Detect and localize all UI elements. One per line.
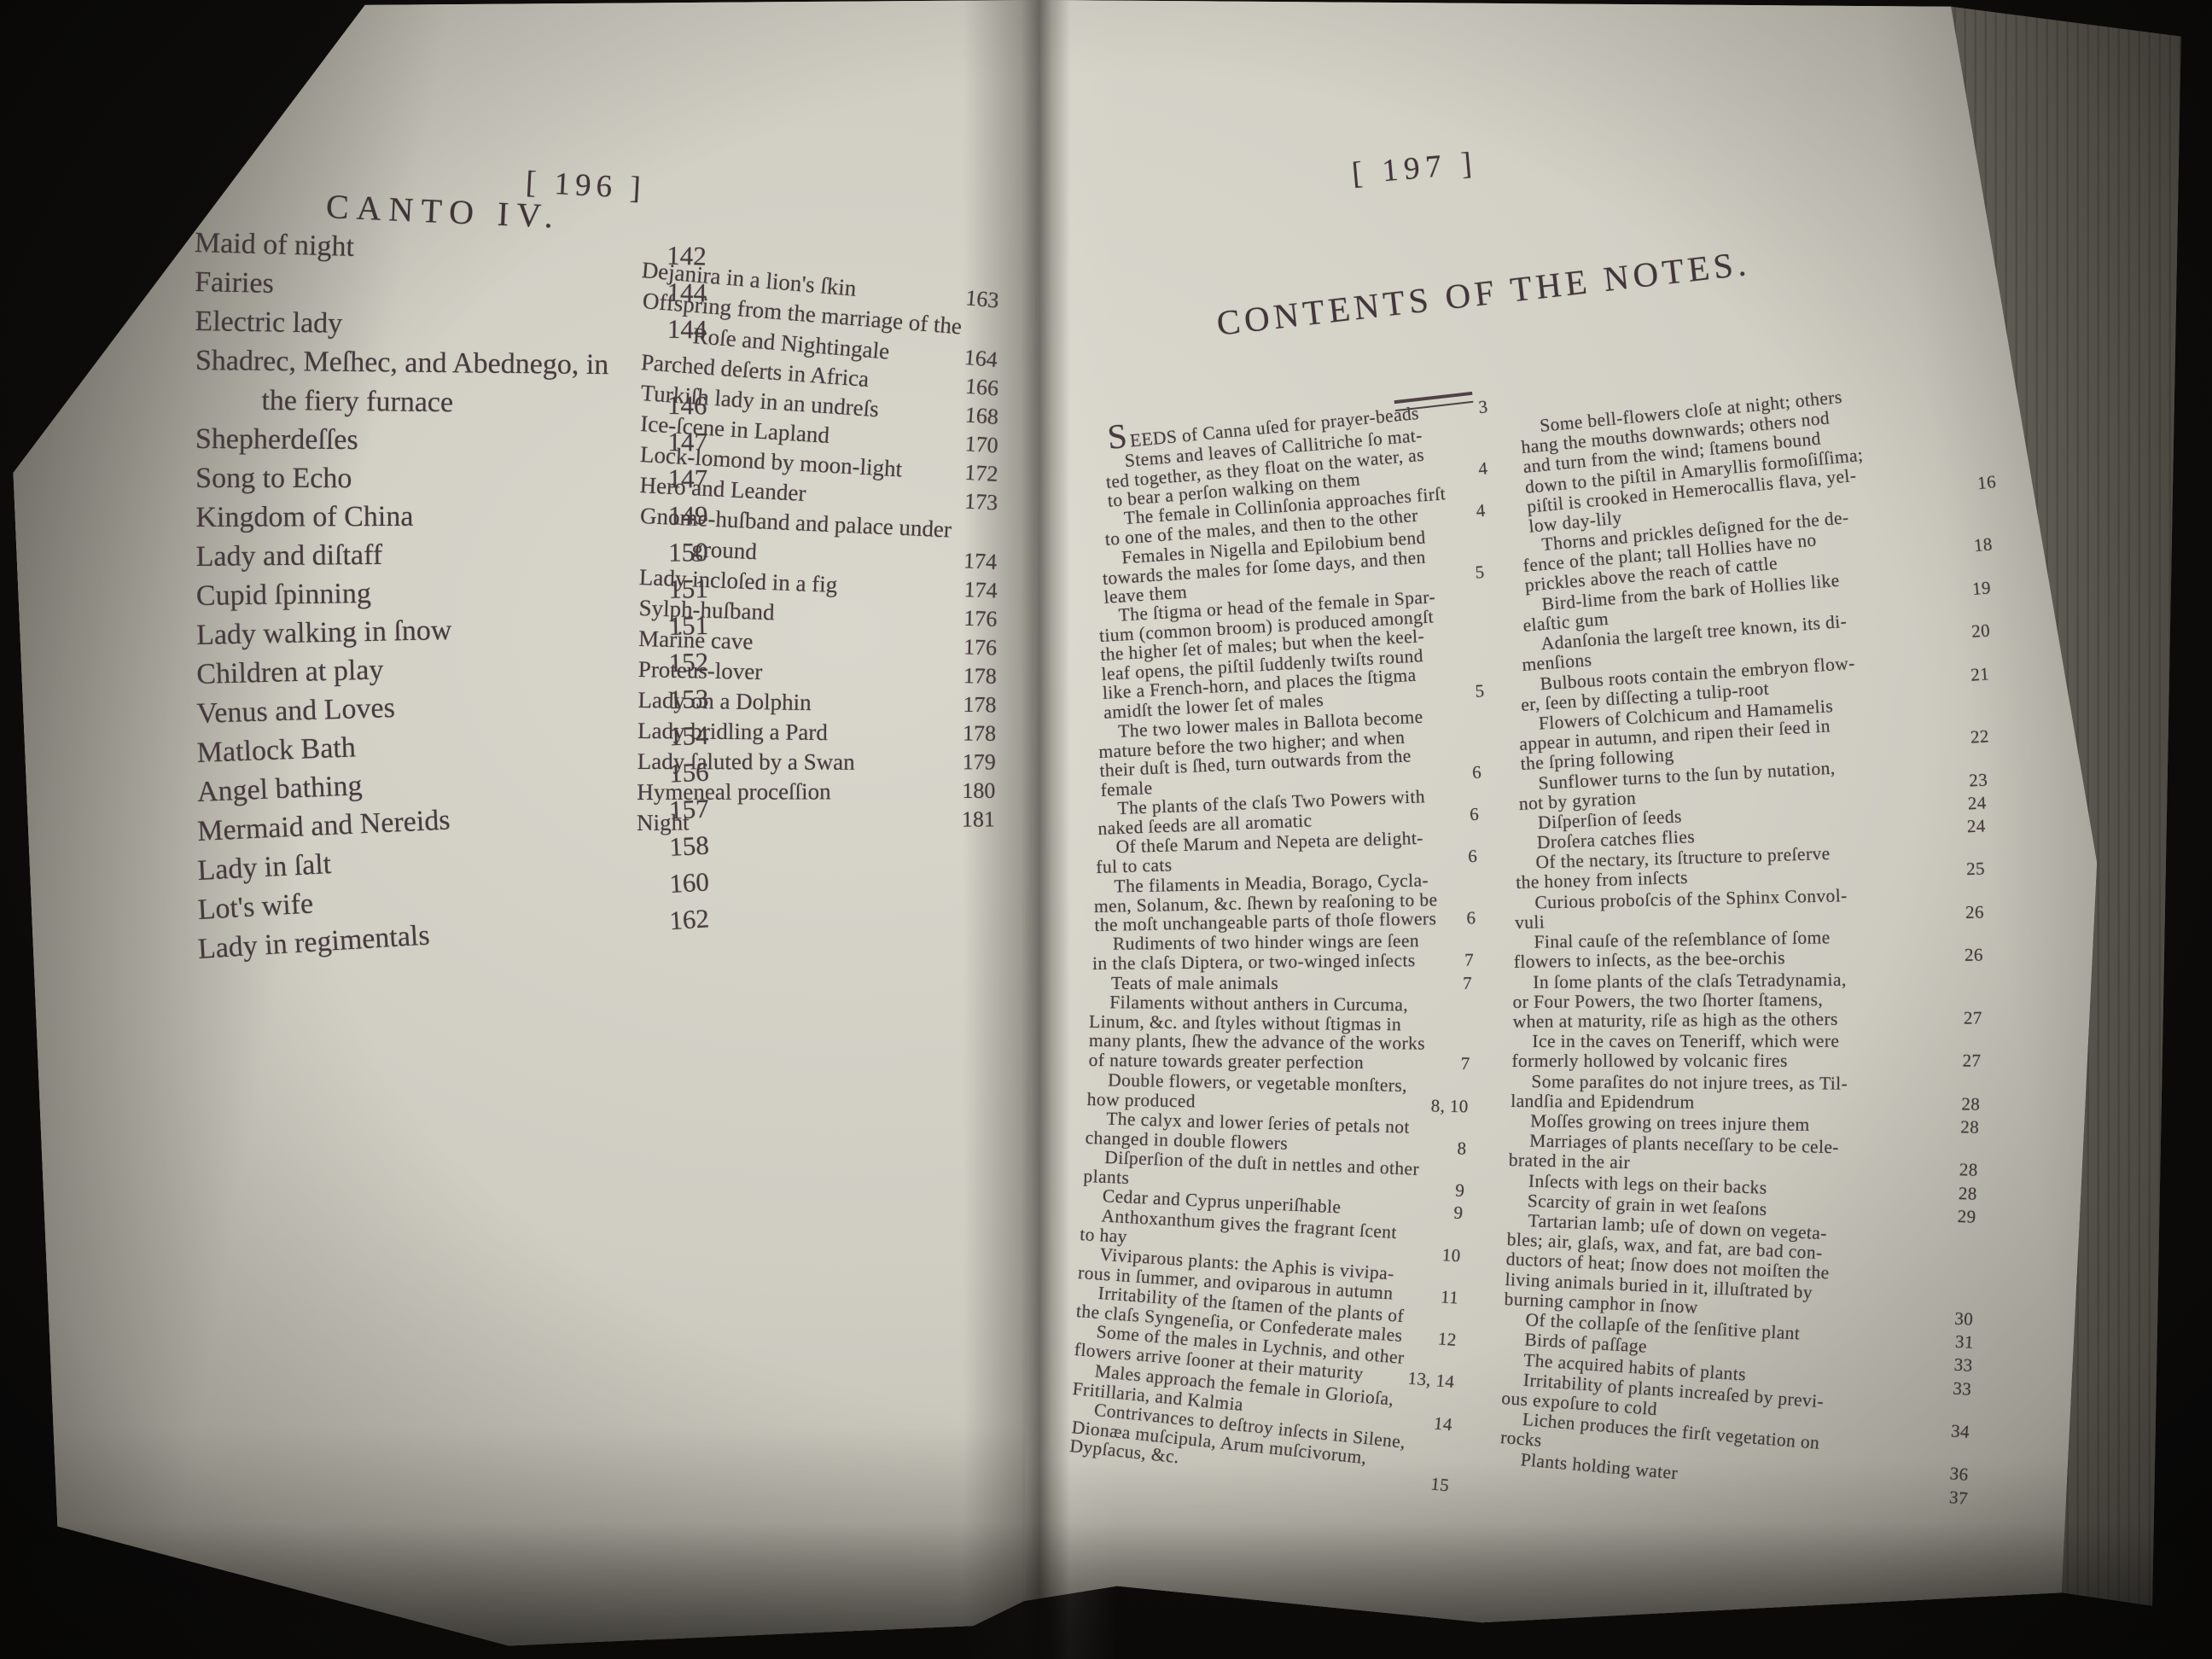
toc-entry-title: Song to Echo: [195, 459, 707, 498]
toc-entry: Teats of male animals7: [1091, 973, 1472, 992]
page-ref: 36: [1949, 1464, 1970, 1486]
page-ref: 179: [963, 747, 996, 777]
page-ref: 5: [1475, 681, 1485, 701]
toc-entry-title: Lady ſaluted by a Swan: [637, 746, 996, 777]
page-ref: 28: [1960, 1117, 1979, 1138]
toc-entry: Filaments without anthers in Curcuma,Lin…: [1089, 992, 1471, 1073]
toc-column-canto-titles-2: Dejanira in a lion's ſkin163Offspring fr…: [642, 254, 1000, 838]
page-ref: 26: [1965, 946, 1983, 966]
page-ref: 28: [1961, 1094, 1980, 1114]
page-ref: 30: [1954, 1309, 1974, 1330]
toc-entry-title: Teats of male animals: [1091, 973, 1472, 992]
notes-contents-column-1: SEEDS of Canna uſed for prayer-beads3Ste…: [1108, 425, 1489, 1455]
page-ref: 33: [1953, 1378, 1972, 1400]
book-photo: CANTO IV. [ 196 ] [ 197 ] CONTENTS OF TH…: [0, 0, 2212, 1659]
page-ref: 178: [963, 690, 997, 721]
page-ref: 13, 14: [1407, 1368, 1456, 1391]
page-ref: 31: [1955, 1332, 1975, 1353]
toc-entry: Shepherdeſſes147: [195, 420, 707, 462]
toc-entry-title: Shepherdeſſes: [195, 420, 707, 462]
page-ref: 28: [1959, 1161, 1978, 1181]
page-ref: 8, 10: [1431, 1096, 1469, 1115]
page-ref: 20: [1970, 621, 1990, 643]
page-ref: 9: [1453, 1203, 1464, 1223]
page-ref: 24: [1967, 794, 1987, 814]
page-ref: 178: [963, 661, 997, 692]
page-ref: 3: [1477, 397, 1488, 417]
page-ref: 8: [1457, 1138, 1467, 1158]
page-ref: 7: [1461, 1054, 1470, 1074]
toc-entry: Some paraſites do not injure trees, as T…: [1511, 1072, 1980, 1115]
page-ref: 6: [1470, 805, 1480, 824]
page-ref: 28: [1959, 1184, 1977, 1204]
page-ref: 22: [1970, 727, 1989, 748]
page-ref: 178: [963, 719, 996, 749]
toc-entry: Song to Echo147: [195, 459, 707, 498]
page-ref: 27: [1964, 1009, 1982, 1028]
page-ref: 11: [1441, 1287, 1459, 1307]
page-ref: 162: [668, 899, 710, 940]
toc-entry-title: Shadrec, Meſhec, and Abednego, in: [195, 341, 707, 386]
page-ref: 12: [1437, 1329, 1457, 1349]
page-ref: 172: [963, 457, 998, 490]
page-ref: 33: [1953, 1355, 1973, 1376]
toc-entry: Lady bridling a Pard178: [637, 715, 996, 749]
toc-entry-title: Kingdom of China: [195, 496, 707, 538]
page-ref: 23: [1969, 770, 1988, 790]
toc-entry: Curious proboſcis of the Sphinx Convol-v…: [1514, 882, 1984, 933]
toc-entry-title: Ice in the caves on Teneriff, which were: [1511, 1032, 1981, 1052]
page-ref: 6: [1468, 847, 1478, 866]
toc-entry: In ſome plants of the claſs Tetradynamia…: [1512, 969, 1982, 1032]
toc-entry: The ſtigma or head of the female in Spar…: [1097, 585, 1485, 723]
page-ref: 160: [668, 862, 710, 904]
toc-entry: Rudiments of two hinder wings are ſeenin…: [1092, 931, 1474, 974]
toc-entry: Kingdom of China149: [195, 496, 707, 538]
toc-entry-continuation: formerly hollowed by volcanic fires: [1511, 1051, 1981, 1072]
toc-entry-continuation: in the claſs Diptera, or two-winged inſe…: [1092, 951, 1474, 974]
page-ref: 25: [1966, 859, 1985, 880]
toc-entry: Hymeneal proceſſion180: [637, 776, 995, 807]
page-ref: 5: [1475, 562, 1485, 582]
page-ref: 18: [1973, 535, 1994, 556]
page-ref: 176: [963, 632, 998, 663]
page-ref: 174: [963, 574, 998, 607]
toc-entry: Night181: [637, 804, 995, 838]
page-ref: 34: [1950, 1421, 1970, 1442]
page-ref: 181: [962, 804, 995, 835]
page-ref: 168: [964, 399, 999, 433]
toc-entry: Final cauſe of the reſemblance of ſomefl…: [1513, 926, 1983, 973]
page-ref: 173: [963, 486, 998, 519]
toc-entry-continuation: the fiery furnace: [195, 381, 707, 425]
page-ref: 10: [1441, 1245, 1461, 1266]
toc-entry-title: Lady bridling a Pard: [637, 715, 996, 749]
page-ref: 9: [1455, 1180, 1465, 1200]
page-ref: 176: [963, 603, 998, 635]
page-ref: 14: [1433, 1412, 1453, 1434]
toc-column-canto-titles: Maid of night142Fairies144Electric lady1…: [195, 224, 707, 969]
page-ref: 19: [1971, 578, 1992, 599]
page-ref: 27: [1963, 1051, 1982, 1071]
toc-entry-continuation: when at maturity, riſe as high as the ot…: [1513, 1009, 1982, 1033]
page-ref: 37: [1948, 1487, 1969, 1509]
page-ref: 180: [962, 776, 995, 806]
left-page-number: [ 196 ]: [525, 164, 647, 207]
page-ref: 29: [1957, 1207, 1976, 1227]
toc-entry: The filaments in Meadia, Borago, Cycla-m…: [1093, 870, 1476, 934]
page-ref: 6: [1472, 762, 1482, 782]
toc-entry: Ice in the caves on Teneriff, which were…: [1511, 1032, 1981, 1072]
notes-contents-column-2: Some bell-flowers cloſe at night; others…: [1524, 418, 1994, 1468]
page-ref: 15: [1429, 1474, 1450, 1495]
page-ref: 24: [1966, 817, 1986, 837]
page-ref: 7: [1463, 973, 1472, 992]
toc-entry: Lady ſaluted by a Swan179: [637, 746, 996, 777]
page-ref: 170: [964, 428, 999, 461]
toc-entry: Shadrec, Meſhec, and Abednego, inthe fie…: [195, 341, 707, 425]
page-ref: 6: [1466, 908, 1476, 928]
page-ref: 21: [1970, 664, 1990, 685]
page-ref: 7: [1464, 951, 1474, 970]
page-ref: 4: [1477, 458, 1488, 478]
toc-entry-title: Night: [637, 804, 995, 838]
toc-entry-title: Hymeneal proceſſion: [637, 776, 995, 807]
page-ref: 16: [1976, 472, 1997, 493]
page-ref: 4: [1476, 501, 1487, 521]
page-ref: 174: [963, 545, 998, 578]
page-ref: 26: [1965, 903, 1984, 923]
